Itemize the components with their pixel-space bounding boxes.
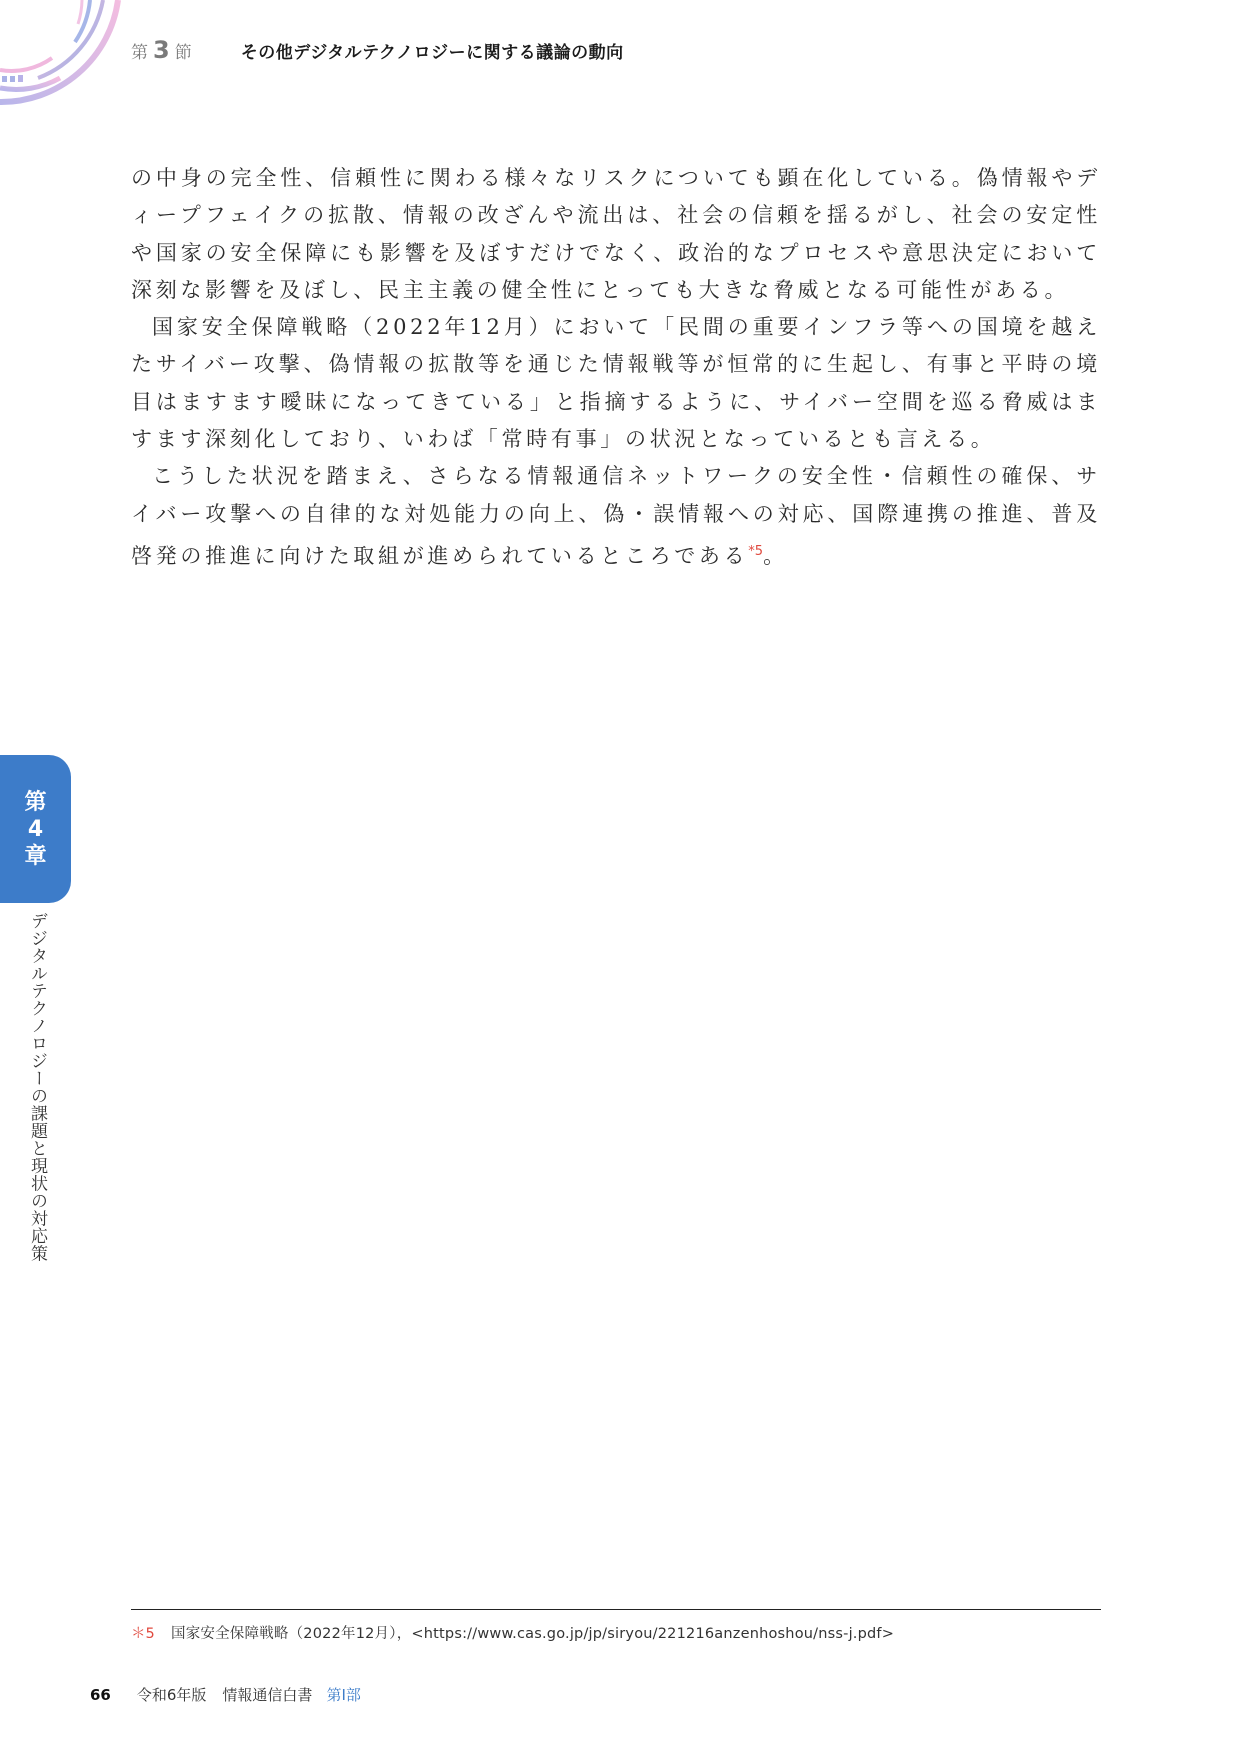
footnote-mark: ＊5 [131,1622,171,1643]
section-number-label: 第3節 [131,36,193,64]
section-header: 第3節 その他デジタルテクノロジーに関する議論の動向 [131,36,624,66]
page-number: 66 [90,1686,111,1704]
section-title: その他デジタルテクノロジーに関する議論の動向 [241,38,624,63]
part-label: 第Ⅰ部 [326,1684,360,1705]
chapter-prefix: 第 [24,789,46,816]
publication-year: 令和6年版 [137,1684,207,1705]
footnote: ＊5 国家安全保障戦略（2022年12月），<https://www.cas.g… [131,1622,894,1643]
footnote-text[interactable]: 国家安全保障戦略（2022年12月），<https://www.cas.go.j… [171,1622,894,1643]
paragraph: 国家安全保障戦略（2022年12月）において「民間の重要インフラ等への国境を越え… [131,309,1101,458]
paragraph: こうした状況を踏まえ、さらなる情報通信ネットワークの安全性・信頼性の確保、サイバ… [131,458,1101,575]
page-footer: 66 令和6年版 情報通信白書 第Ⅰ部 [90,1684,361,1708]
chapter-title-vertical: デジタルテクノロジーの課題と現状の対応策 [26,912,50,1262]
body-text: の中身の完全性、信頼性に関わる様々なリスクについても顕在化している。偽情報やディ… [131,160,1101,575]
document-title: 情報通信白書 [222,1684,312,1705]
footnote-reference-link[interactable]: *5 [748,544,763,559]
decorative-arc-icon [0,0,130,110]
chapter-suffix: 章 [24,843,46,870]
footnote-divider [131,1609,1101,1610]
paragraph: の中身の完全性、信頼性に関わる様々なリスクについても顕在化している。偽情報やディ… [131,160,1101,309]
chapter-tab[interactable]: 第 4 章 [0,755,71,903]
chapter-number: 4 [28,816,43,843]
